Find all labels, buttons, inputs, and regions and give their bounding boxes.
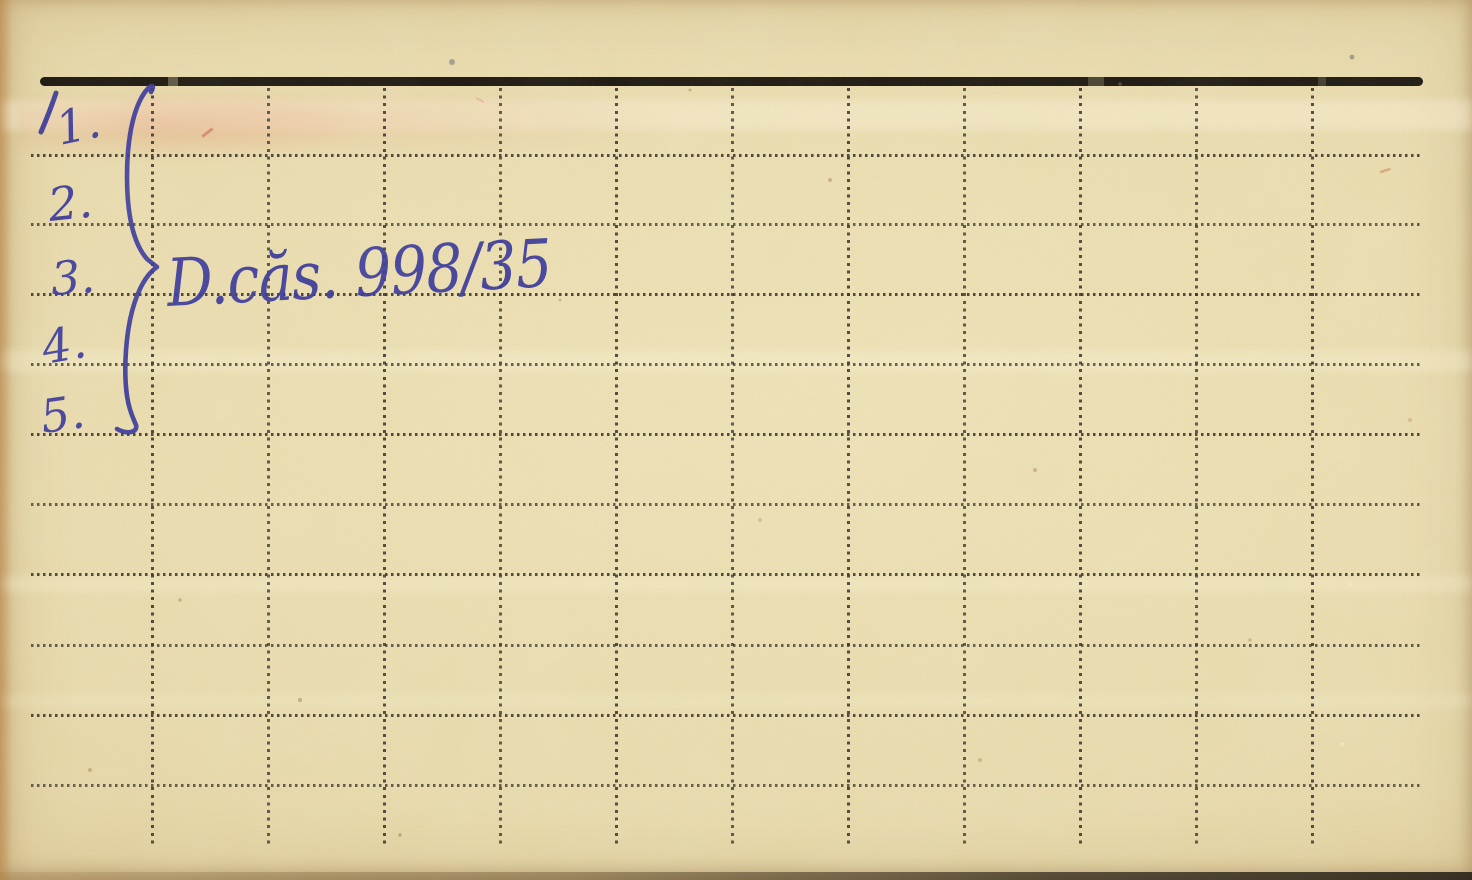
list-number: 4. xyxy=(37,314,91,375)
list-number: 3. xyxy=(49,249,97,306)
archival-card: 1. 2. 3. 4. 5. D.căs. 998/35 xyxy=(0,0,1472,880)
list-number: 5. xyxy=(37,384,88,444)
list-number: 2. xyxy=(45,174,95,232)
brace-mark xyxy=(117,86,157,432)
list-number: 1. xyxy=(51,94,105,156)
card-edge-left xyxy=(0,0,12,880)
card-edge-bottom xyxy=(0,872,1472,880)
inscription: D.căs. 998/35 xyxy=(164,225,553,322)
handwriting-layer: 1. 2. 3. 4. 5. D.căs. 998/35 xyxy=(0,0,1472,880)
